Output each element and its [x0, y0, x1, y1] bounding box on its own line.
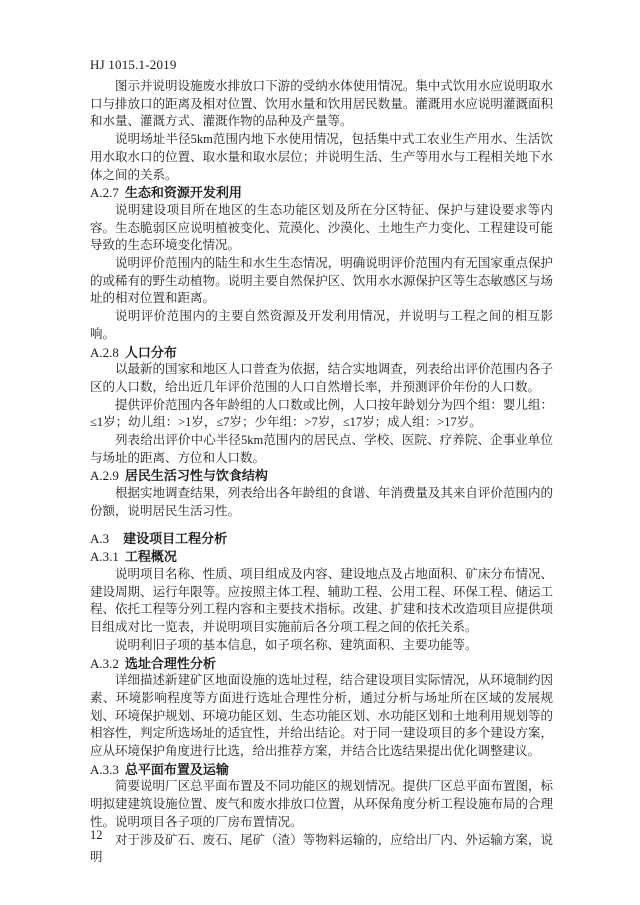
heading-title: 生态和资源开发利用: [125, 185, 242, 200]
heading-title: 选址合理性分析: [125, 656, 216, 671]
paragraph: 以最新的国家和地区人口普查为依据，结合实地调查，列表给出评价范围内各子区的人口数…: [90, 361, 553, 396]
paragraph: 图示并说明设施废水排放口下游的受纳水体使用情况。集中式饮用水应说明取水口与排放口…: [90, 78, 553, 131]
heading-number: A.2.9: [90, 468, 119, 483]
paragraph: 对于涉及矿石、废石、尾矿（渣）等物料运输的，应给出厂内、外运输方案，说明: [90, 832, 553, 867]
section-heading-a.3.1: A.3.1工程概况: [90, 548, 553, 566]
section-heading-a.2.7: A.2.7生态和资源开发利用: [90, 184, 553, 202]
heading-number: A.2.7: [90, 185, 119, 200]
section-heading-a.3: A.3建设项目工程分析: [90, 530, 553, 548]
heading-number: A.3.3: [90, 762, 119, 777]
heading-title: 居民生活习性与饮食结构: [125, 468, 268, 483]
document-standard-number: HJ 1015.1-2019: [90, 57, 553, 73]
page-number: 12: [90, 827, 103, 843]
paragraph: 说明场址半径5km范围内地下水使用情况，包括集中式工农业生产用水、生活饮用水取水…: [90, 131, 553, 184]
paragraph: 说明评价范围内的主要自然资源及开发利用情况，并说明与工程之间的相互影响。: [90, 308, 553, 343]
paragraph: 说明项目名称、性质、项目组成及内容、建设地点及占地面积、矿床分布情况、建设周期、…: [90, 566, 553, 637]
paragraph: 说明利旧子项的基本信息，如子项名称、建筑面积、主要功能等。: [90, 637, 553, 655]
page-content: HJ 1015.1-2019 图示并说明设施废水排放口下游的受纳水体使用情况。集…: [90, 57, 553, 867]
document-body: 图示并说明设施废水排放口下游的受纳水体使用情况。集中式饮用水应说明取水口与排放口…: [90, 78, 553, 867]
heading-number: A.3.1: [90, 549, 119, 564]
heading-number: A.2.8: [90, 345, 119, 360]
paragraph: 详细描述新建矿区地面设施的选址过程，结合建设项目实际情况，从环境制约因素、环境影…: [90, 672, 553, 761]
paragraph: 根据实地调查结果，列表给出各年龄组的食谱、年消费量及其来自评价范围内的份额，说明…: [90, 485, 553, 520]
paragraph: 提供评价范围内各年龄组的人口数或比例，人口按年龄划分为四个组：婴儿组：≤1岁；幼…: [90, 397, 553, 432]
paragraph: 说明评价范围内的陆生和水生生态情况，明确说明评价范围内有无国家重点保护的或稀有的…: [90, 255, 553, 308]
heading-title: 工程概况: [125, 549, 177, 564]
section-heading-a.2.8: A.2.8人口分布: [90, 344, 553, 362]
document-page: HJ 1015.1-2019 图示并说明设施废水排放口下游的受纳水体使用情况。集…: [0, 0, 640, 905]
paragraph: 列表给出评价中心半径5km范围内的居民点、学校、医院、疗养院、企事业单位与场址的…: [90, 432, 553, 467]
paragraph: 简要说明厂区总平面布置及不同功能区的规划情况。提供厂区总平面布置图，标明拟建建筑…: [90, 778, 553, 831]
heading-title: 人口分布: [125, 345, 177, 360]
heading-title: 总平面布置及运输: [125, 762, 229, 777]
heading-number: A.3: [90, 531, 109, 546]
heading-number: A.3.2: [90, 656, 119, 671]
paragraph: 说明建设项目所在地区的生态功能区划及所在分区特征、保护与建设要求等内容。生态脆弱…: [90, 202, 553, 255]
section-heading-a.3.3: A.3.3总平面布置及运输: [90, 761, 553, 779]
section-heading-a.2.9: A.2.9居民生活习性与饮食结构: [90, 467, 553, 485]
section-heading-a.3.2: A.3.2选址合理性分析: [90, 655, 553, 673]
heading-title: 建设项目工程分析: [123, 531, 227, 546]
